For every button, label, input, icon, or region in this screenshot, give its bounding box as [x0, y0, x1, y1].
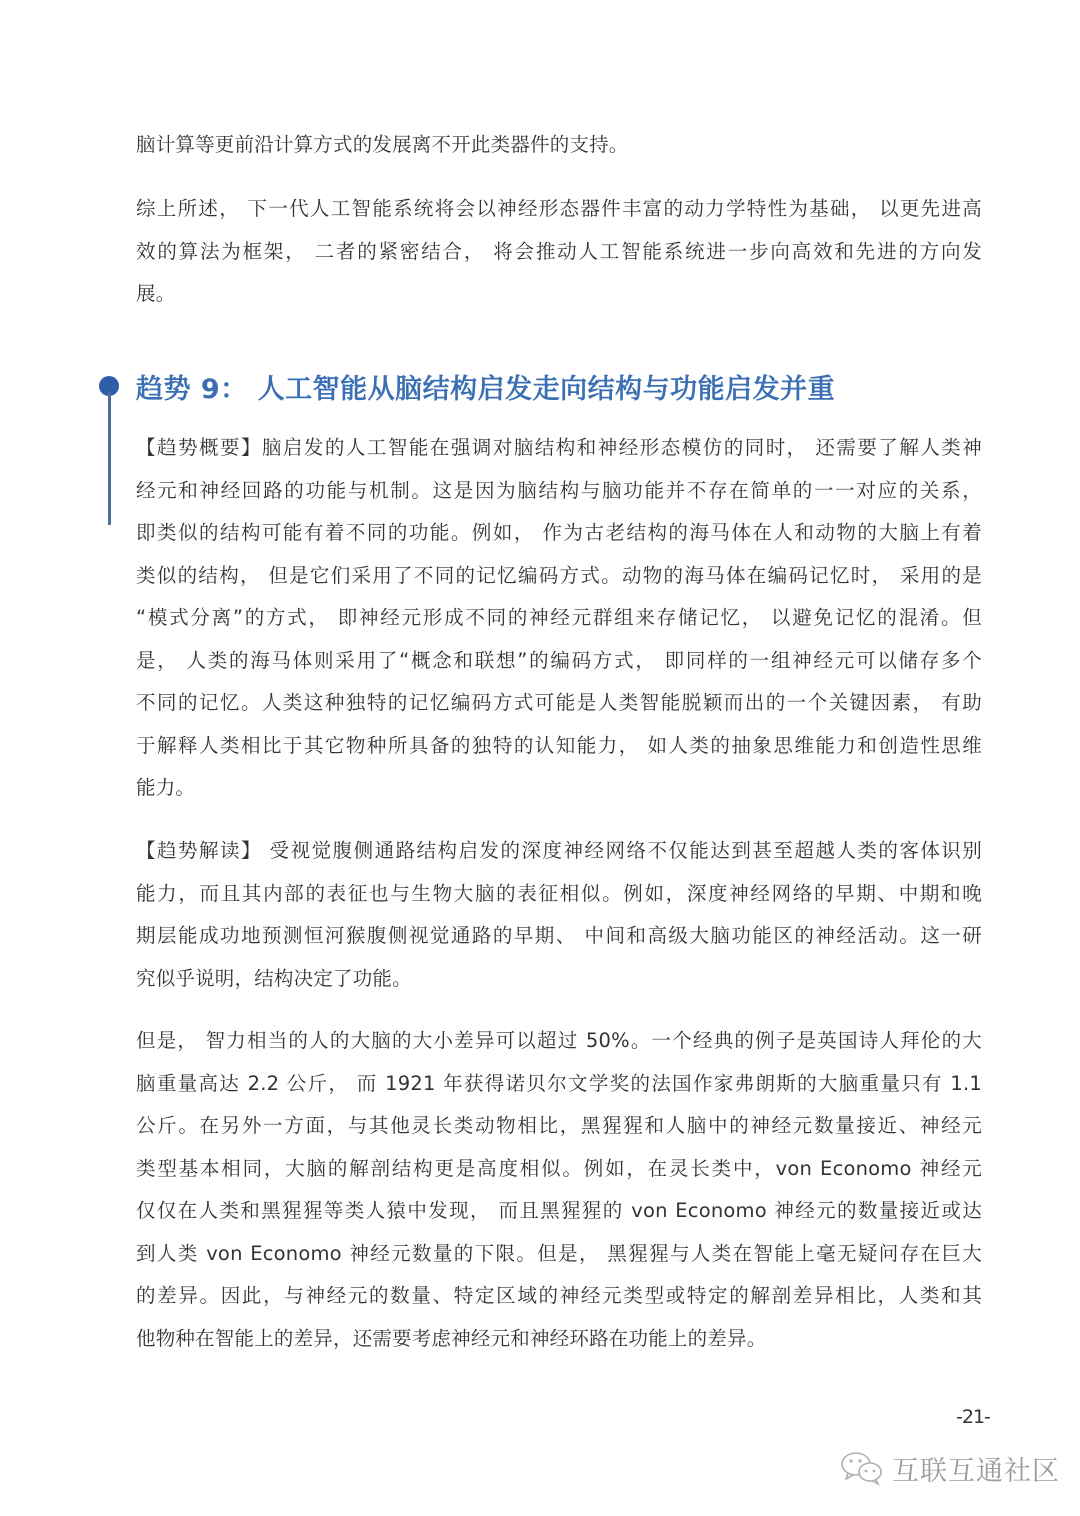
- text-line: 于解释人类相比于其它物种所具备的独特的认知能力， 如人类的抽象思维能力和创造性思…: [136, 725, 982, 768]
- text-line: 脑重量高达 2.2 公斤， 而 1921 年获得诺贝尔文学奖的法国作家弗朗斯的大…: [136, 1063, 982, 1106]
- text-line: 期层能成功地预测恒河猴腹侧视觉通路的早期、 中间和高级大脑功能区的神经活动。这一…: [136, 915, 982, 958]
- text-line: 能力。: [136, 767, 982, 810]
- text-line: 公斤。在另外一方面，与其他灵长类动物相比，黑猩猩和人脑中的神经元数量接近、神经元: [136, 1105, 982, 1148]
- text-line: 展。: [136, 273, 982, 316]
- text-line: 究似乎说明，结构决定了功能。: [136, 958, 982, 1001]
- text-line: 【趋势概要】脑启发的人工智能在强调对脑结构和神经形态模仿的同时， 还需要了解人类…: [136, 427, 982, 470]
- text-line: 能力，而且其内部的表征也与生物大脑的表征相似。例如，深度神经网络的早期、中期和晚: [136, 873, 982, 916]
- text-line: 类似的结构， 但是它们采用了不同的记忆编码方式。动物的海马体在编码记忆时， 采用…: [136, 555, 982, 598]
- text-line: 不同的记忆。人类这种独特的记忆编码方式可能是人类智能脱颖而出的一个关键因素， 有…: [136, 682, 982, 725]
- text-line: 到人类 von Economo 神经元数量的下限。但是， 黑猩猩与人类在智能上毫…: [136, 1233, 982, 1276]
- text-line: 的差异。因此，与神经元的数量、特定区域的神经元类型或特定的解剖差异相比，人类和其: [136, 1275, 982, 1318]
- summary-paragraph: 综上所述， 下一代人工智能系统将会以神经形态器件丰富的动力学特性为基础， 以更先…: [136, 188, 982, 316]
- text-line: 【趋势解读】 受视觉腹侧通路结构启发的深度神经网络不仅能达到甚至超越人类的客体识…: [136, 830, 982, 873]
- text-line: 他物种在智能上的差异，还需要考虑神经元和神经环路在功能上的差异。: [136, 1318, 982, 1361]
- intro-paragraph: 脑计算等更前沿计算方式的发展离不开此类器件的支持。: [136, 124, 982, 167]
- document-page: 脑计算等更前沿计算方式的发展离不开此类器件的支持。 综上所述， 下一代人工智能系…: [0, 0, 1080, 1516]
- interpretation-paragraph: 【趋势解读】 受视觉腹侧通路结构启发的深度神经网络不仅能达到甚至超越人类的客体识…: [136, 830, 982, 1000]
- text-line: 类型基本相同，大脑的解剖结构更是高度相似。例如，在灵长类中，von Econom…: [136, 1148, 982, 1191]
- text-line: 仅仅在人类和黑猩猩等类人猿中发现， 而且黑猩猩的 von Economo 神经元…: [136, 1190, 982, 1233]
- text-line: 脑计算等更前沿计算方式的发展离不开此类器件的支持。: [136, 124, 982, 167]
- overview-paragraph: 【趋势概要】脑启发的人工智能在强调对脑结构和神经形态模仿的同时， 还需要了解人类…: [136, 427, 982, 810]
- watermark: 互联互通社区: [840, 1448, 1060, 1488]
- text-line: 是， 人类的海马体则采用了“概念和联想”的编码方式， 即同样的一组神经元可以储存…: [136, 640, 982, 683]
- heading-accent-line: [108, 392, 111, 525]
- text-line: 综上所述， 下一代人工智能系统将会以神经形态器件丰富的动力学特性为基础， 以更先…: [136, 188, 982, 231]
- comparison-paragraph: 但是， 智力相当的人的大脑的大小差异可以超过 50%。一个经典的例子是英国诗人拜…: [136, 1020, 982, 1360]
- page-number: -21-: [956, 1406, 990, 1428]
- text-line: “模式分离”的方式， 即神经元形成不同的神经元群组来存储记忆， 以避免记忆的混淆…: [136, 597, 982, 640]
- section-heading: 趋势 9： 人工智能从脑结构启发走向结构与功能启发并重: [136, 368, 835, 412]
- text-line: 即类似的结构可能有着不同的功能。例如， 作为古老结构的海马体在人和动物的大脑上有…: [136, 512, 982, 555]
- watermark-text: 互联互通社区: [892, 1449, 1060, 1488]
- wechat-icon: [840, 1450, 884, 1486]
- text-line: 但是， 智力相当的人的大脑的大小差异可以超过 50%。一个经典的例子是英国诗人拜…: [136, 1020, 982, 1063]
- text-line: 经元和神经回路的功能与机制。这是因为脑结构与脑功能并不存在简单的一一对应的关系，: [136, 470, 982, 513]
- text-line: 效的算法为框架， 二者的紧密结合， 将会推动人工智能系统进一步向高效和先进的方向…: [136, 231, 982, 274]
